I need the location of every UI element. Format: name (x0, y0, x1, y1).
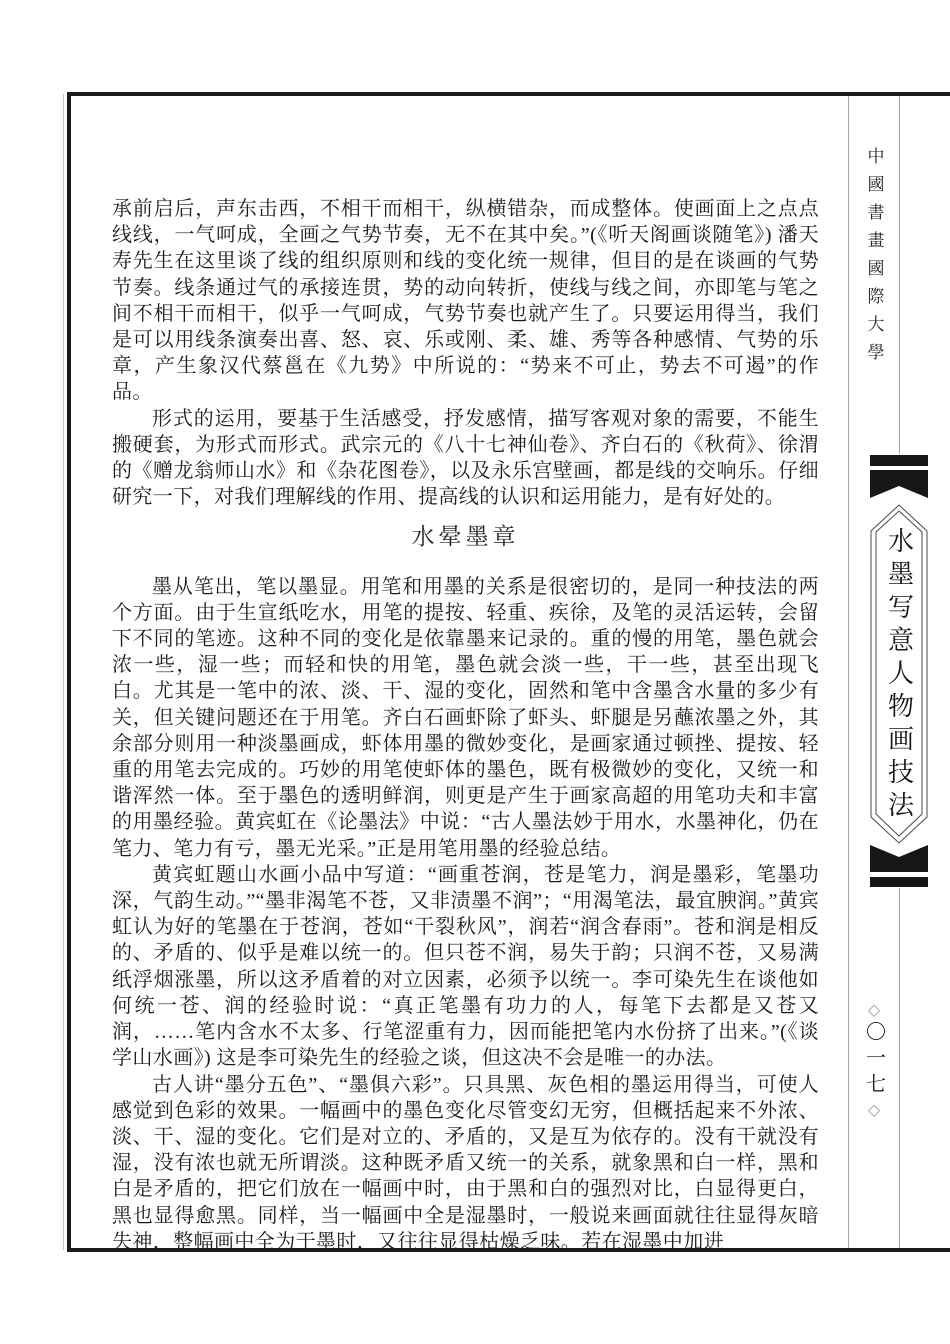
book-title-vertical: 水墨写意人物画技法 (881, 527, 918, 824)
diamond-icon: ◇ (868, 1102, 880, 1118)
university-label-text: 中國書畫國際大學 (862, 147, 887, 371)
section-heading: 水晕墨章 (112, 524, 819, 550)
page-number-block: ◇ 〇一七 ◇ (848, 1002, 900, 1118)
body-paragraph-5: 古人讲“墨分五色”、“墨俱六彩”。只具黑、灰色相的墨运用得当，可使人感觉到色彩的… (112, 1072, 819, 1255)
page-number: 〇一七 (860, 1021, 889, 1099)
body-paragraph-4: 黄宾虹题山水画小品中写道：“画重苍润，苍是笔力，润是墨彩，笔墨功深，气韵生动。”… (112, 862, 819, 1072)
page-edge-shadow (63, 94, 64, 1250)
sidebar-university-label: 中國書畫國際大學 (848, 147, 900, 371)
book-title-cartouche: 水墨写意人物画技法 (869, 454, 929, 888)
main-text-column: 承前启后，声东击西，不相干而相干，纵横错杂，而成整体。使画面上之点点线线，一气呵… (112, 196, 819, 1255)
body-paragraph-1: 承前启后，声东击西，不相干而相干，纵横错杂，而成整体。使画面上之点点线线，一气呵… (112, 196, 819, 406)
body-paragraph-2: 形式的运用，要基于生活感受，抒发感情，描写客观对象的需要，不能生搬硬套，为形式而… (112, 406, 819, 511)
diamond-icon: ◇ (868, 1002, 880, 1018)
book-title-block: 水墨写意人物画技法 (869, 512, 929, 838)
body-paragraph-3: 墨从笔出，笔以墨显。用笔和用墨的关系是很密切的，是同一种技法的两个方面。由于生宣… (112, 574, 819, 862)
